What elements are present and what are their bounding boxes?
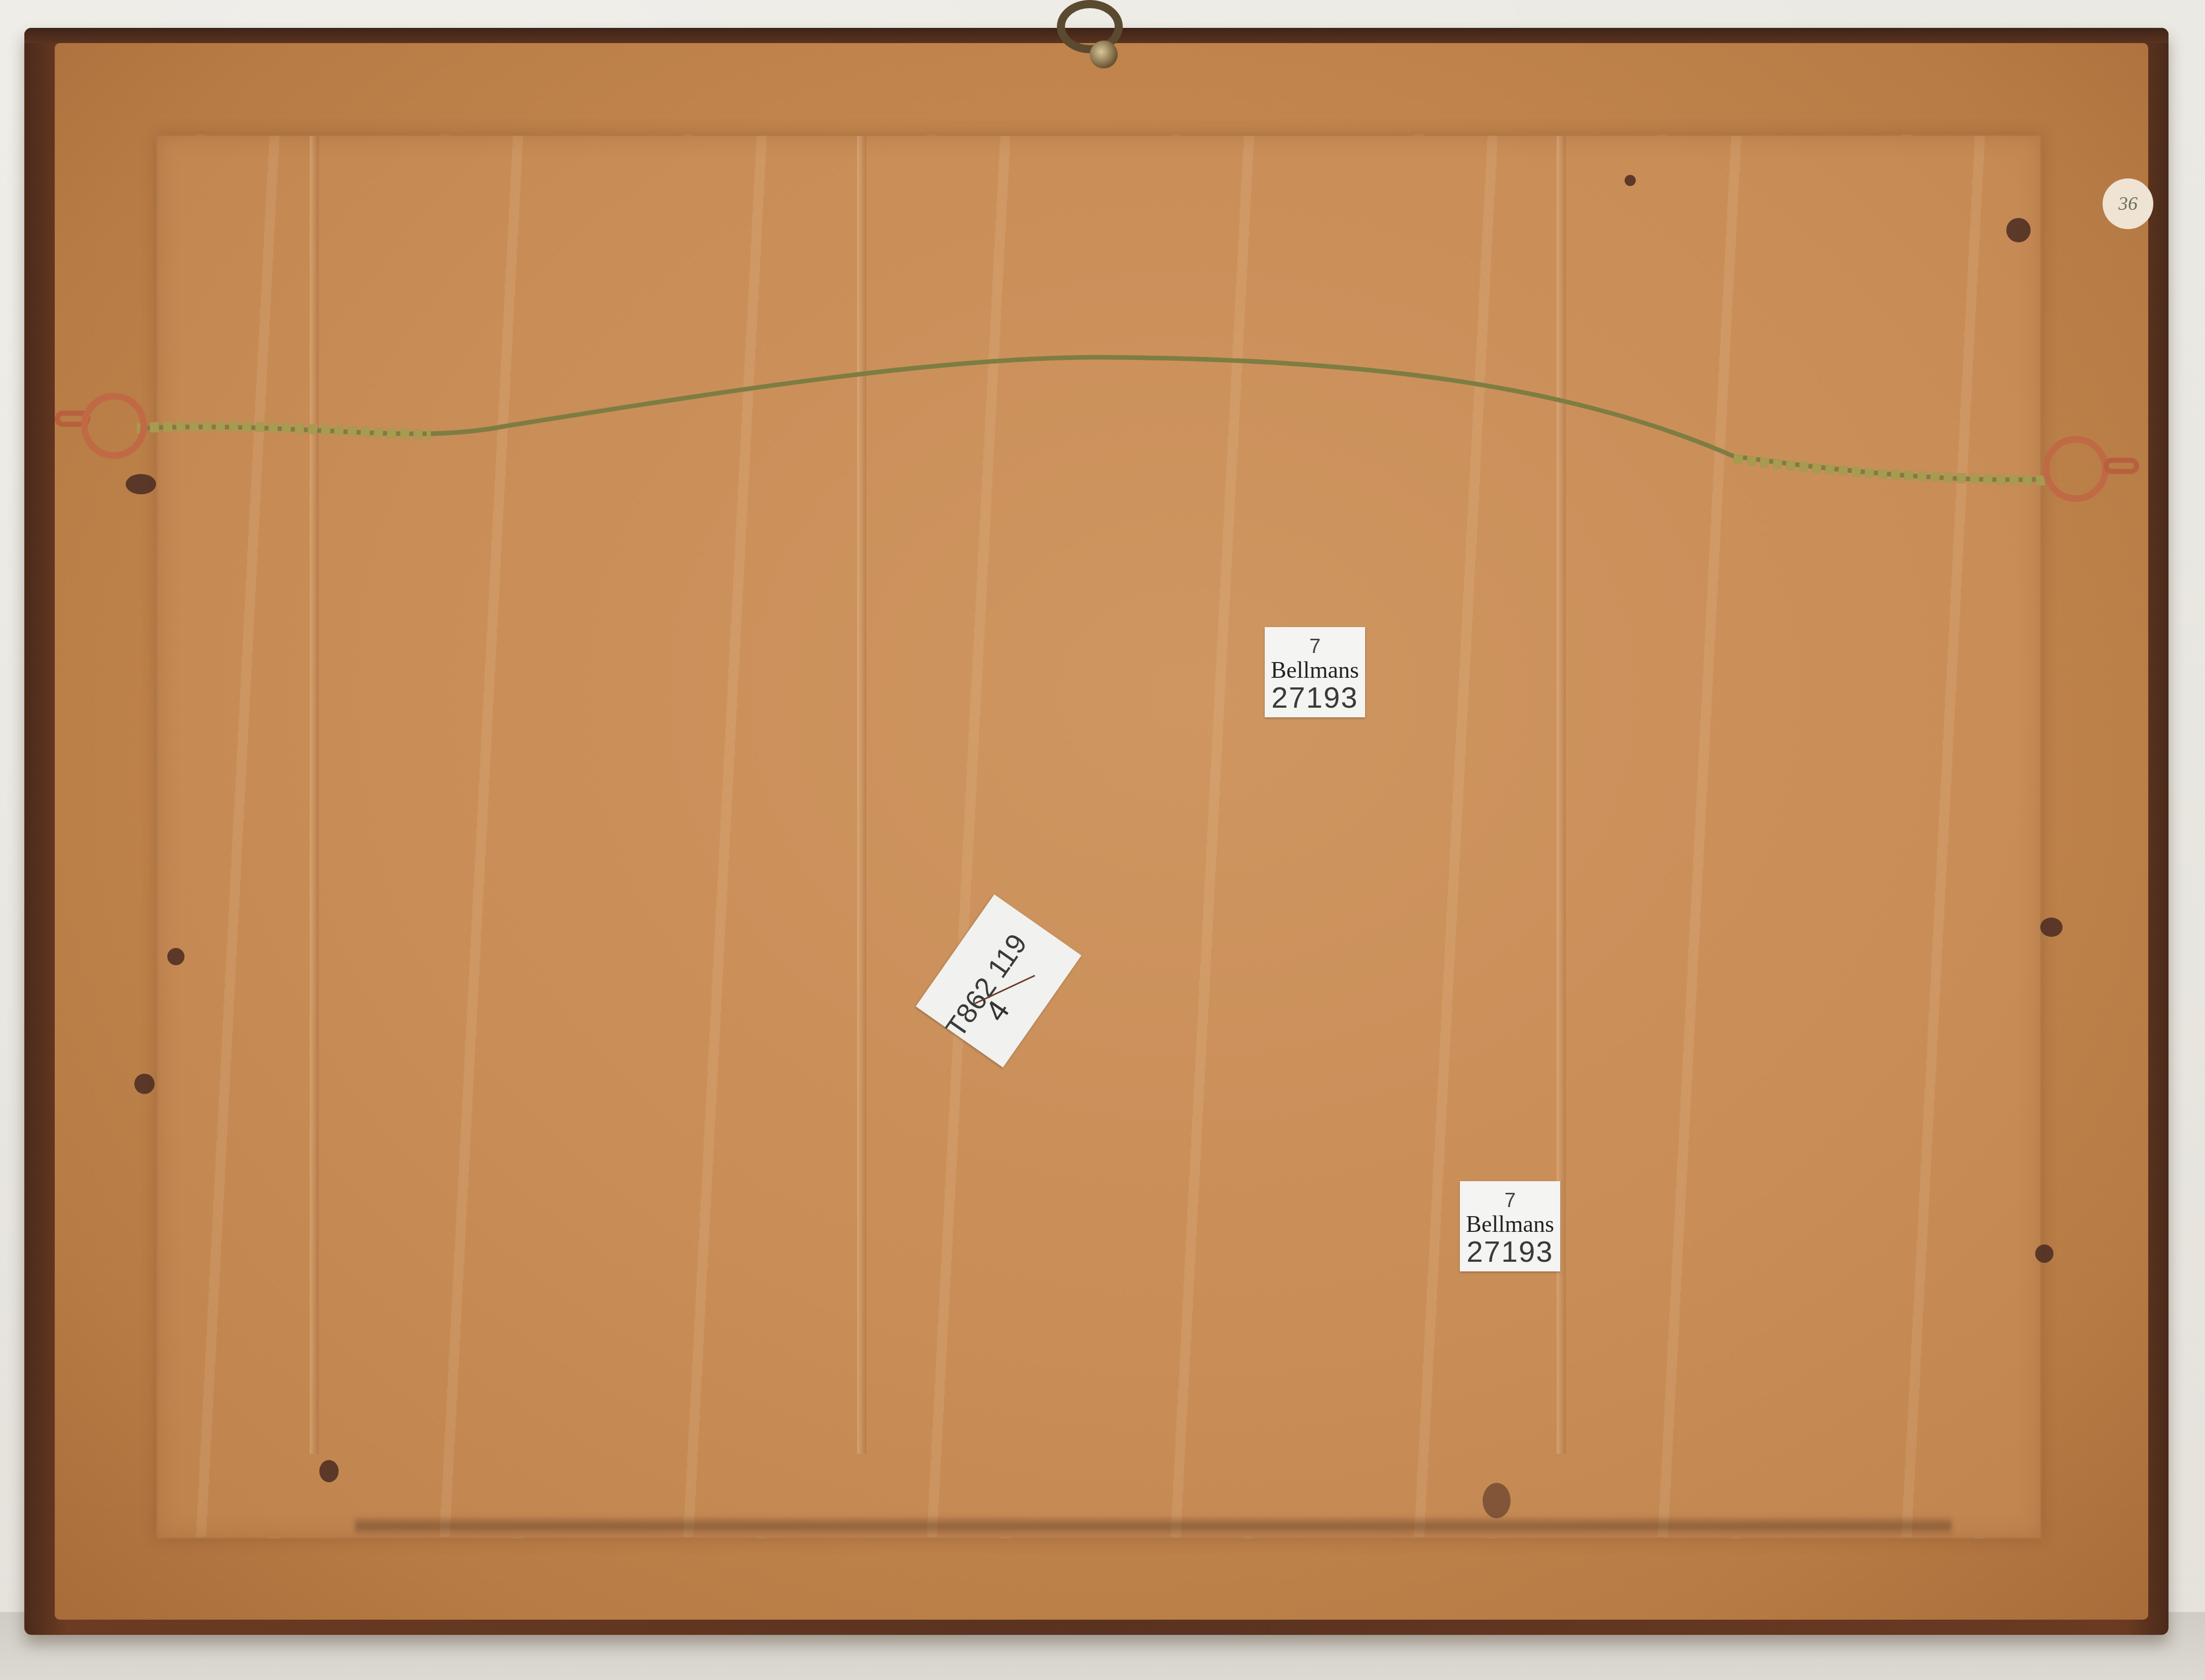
stain-spot bbox=[126, 474, 156, 494]
auction-house-name: Bellmans bbox=[1460, 1212, 1560, 1237]
catalogue-number: 27193 bbox=[1265, 683, 1365, 713]
copper-ring-icon bbox=[81, 393, 147, 459]
lot-number: 7 bbox=[1460, 1189, 1560, 1212]
auction-label-lower: 7 Bellmans 27193 bbox=[1460, 1181, 1560, 1271]
picture-frame bbox=[24, 28, 2169, 1635]
stain-spot bbox=[2006, 218, 2031, 242]
stain-spot bbox=[2035, 1245, 2053, 1263]
round-number-sticker: 36 bbox=[2103, 178, 2153, 229]
paper-crease bbox=[310, 136, 319, 1454]
copper-ring-icon bbox=[2043, 436, 2109, 502]
stain-spot bbox=[2040, 918, 2063, 937]
stain-spot bbox=[167, 948, 185, 965]
hanger-screw bbox=[1090, 41, 1118, 68]
paper-crease bbox=[857, 136, 866, 1454]
recessed-panel bbox=[156, 134, 2042, 1539]
stain-spot bbox=[319, 1460, 339, 1482]
stain-spot bbox=[134, 1074, 155, 1094]
tag-subnumber: 4 bbox=[978, 994, 1017, 1028]
stain-spot bbox=[1625, 175, 1636, 186]
bottom-stain bbox=[355, 1516, 1952, 1536]
paper-backing bbox=[55, 43, 2148, 1620]
auction-house-name: Bellmans bbox=[1265, 658, 1365, 683]
stain-spot bbox=[1483, 1483, 1511, 1518]
catalogue-number: 27193 bbox=[1460, 1237, 1560, 1267]
lot-number: 7 bbox=[1265, 635, 1365, 658]
auction-label-upper: 7 Bellmans 27193 bbox=[1265, 627, 1365, 717]
right-eyelet bbox=[2104, 458, 2139, 474]
